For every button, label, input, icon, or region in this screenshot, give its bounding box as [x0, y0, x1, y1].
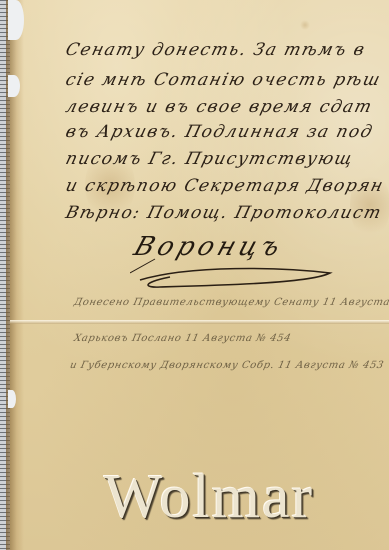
text-line: писомъ Гг. Присутствующ — [64, 149, 356, 169]
text-line: левинъ и въ свое время сдат — [64, 97, 375, 117]
text-line: Вѣрно: Помощ. Протоколист — [64, 203, 385, 223]
torn-gap — [8, 390, 16, 408]
text-line: и скрѣпою Секретаря Дворян — [64, 176, 387, 196]
note-line: Харьковъ Послано 11 Августа № 454 — [73, 333, 292, 344]
text-line: въ Архивъ. Подлинная за под — [64, 122, 376, 142]
signature-flourish — [130, 255, 350, 295]
text-line: Сенату донесть. За тѣмъ в — [64, 40, 368, 60]
document-page: Сенату донесть. За тѣмъ в сіе мнѣ Сотані… — [0, 0, 389, 550]
watermark: Wolmar — [104, 462, 314, 533]
note-line: и Губернскому Дворянскому Собр. 11 Авгус… — [69, 360, 385, 371]
note-line: Донесено Правительствующему Сенату 11 Ав… — [73, 297, 389, 308]
fold-crease — [10, 320, 389, 324]
water-stain — [300, 20, 310, 30]
torn-gap — [8, 75, 20, 97]
torn-gap — [8, 0, 24, 40]
text-line: сіе мнѣ Сотанію очесть рѣш — [64, 70, 384, 90]
